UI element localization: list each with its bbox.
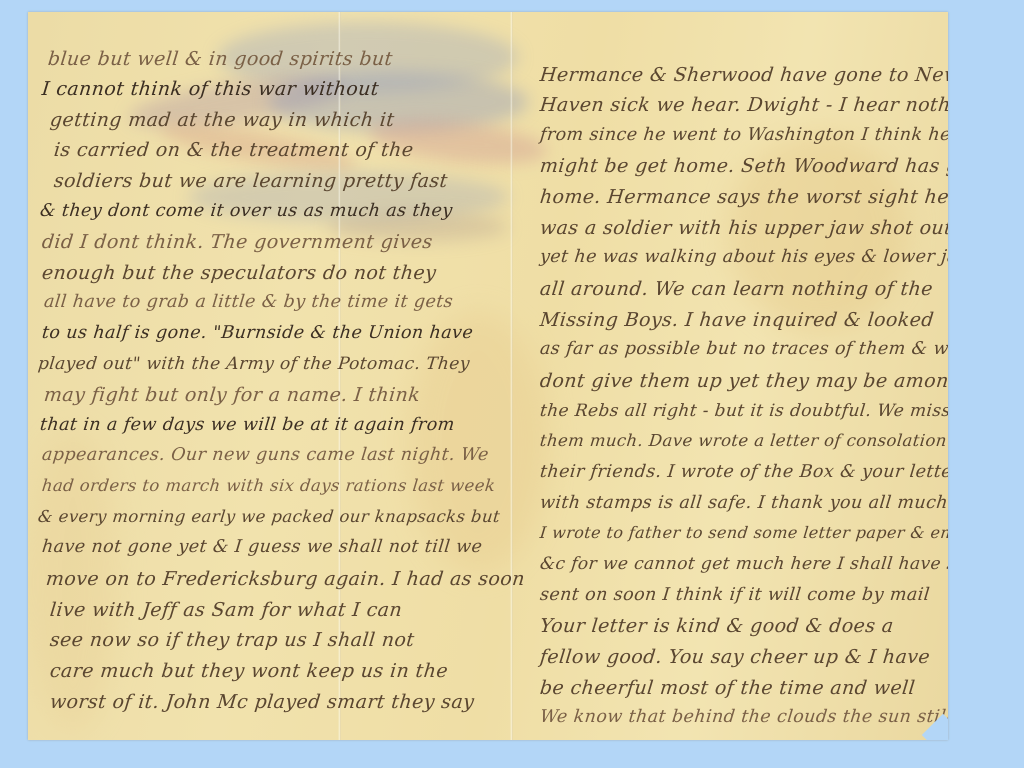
text-line: is carried on & the treatment of the [53, 139, 415, 161]
text-line: care much but they wont keep us in the [49, 660, 449, 682]
text-line: Haven sick we hear. Dwight - I hear noth… [539, 94, 948, 116]
text-line: soldiers but we are learning pretty fast [53, 170, 449, 192]
text-line: might be get home. Seth Woodward has gon… [539, 155, 948, 177]
text-line: as far as possible but no traces of them… [539, 339, 948, 359]
text-line: We know that behind the clouds the sun s… [539, 707, 948, 727]
text-line: the Rebs all right - but it is doubtful.… [539, 401, 948, 421]
text-line: move on to Fredericksburg again. I had a… [45, 568, 526, 590]
text-line: did I dont think. The government gives [41, 231, 434, 253]
text-line: have not gone yet & I guess we shall not… [41, 537, 483, 557]
text-line: was a soldier with his upper jaw shot ou… [539, 217, 948, 239]
text-line: be cheerful most of the time and well [539, 677, 916, 699]
text-line: dont give them up yet they may be among [539, 370, 948, 392]
text-line: & every morning early we packed our knap… [37, 507, 501, 526]
text-line: enough but the speculators do not they [41, 262, 438, 284]
text-line: may fight but only for a name. I think [43, 384, 422, 406]
text-line: worst of it. John Mc played smart they s… [49, 691, 476, 713]
text-line: & they dont come it over us as much as t… [39, 201, 454, 221]
text-line: see now so if they trap us I shall not [49, 629, 416, 651]
text-line: appearances. Our new guns came last nigh… [41, 445, 490, 465]
text-line: blue but well & in good spirits but [47, 48, 394, 70]
scan-viewer: blue but well & in good spirits but I ca… [0, 0, 1024, 768]
text-line: home. Hermance says the worst sight he s… [539, 186, 948, 208]
paper-stain [408, 312, 548, 572]
text-line: Missing Boys. I have inquired & looked [539, 309, 935, 331]
text-line: sent on soon I think if it will come by … [539, 585, 931, 605]
text-line: from since he went to Washington I think… [539, 125, 948, 145]
text-line: that in a few days we will be at it agai… [39, 415, 456, 435]
center-fold [510, 12, 513, 740]
letter-sheet: blue but well & in good spirits but I ca… [28, 12, 948, 740]
text-line: Your letter is kind & good & does a [539, 615, 895, 637]
text-line: them much. Dave wrote a letter of consol… [539, 431, 948, 450]
text-line: all have to grab a little & by the time … [43, 292, 454, 312]
text-line: to us half is gone. "Burnside & the Unio… [41, 323, 474, 343]
text-line: Hermance & Sherwood have gone to New [539, 64, 948, 86]
text-line: all around. We can learn nothing of the [539, 278, 934, 300]
text-line: played out" with the Army of the Potomac… [37, 354, 471, 374]
text-line: their friends. I wrote of the Box & your… [539, 462, 948, 482]
text-line: &c for we cannot get much here I shall h… [539, 554, 948, 574]
text-line: had orders to march with six days ration… [41, 476, 496, 495]
text-line: yet he was walking about his eyes & lowe… [539, 247, 948, 267]
text-line: live with Jeff as Sam for what I can [49, 599, 403, 621]
text-line: I cannot think of this war without [41, 78, 380, 100]
text-line: with stamps is all safe. I thank you all… [539, 493, 948, 513]
text-line: I wrote to father to send some letter pa… [539, 523, 948, 542]
text-line: fellow good. You say cheer up & I have [539, 646, 931, 668]
text-line: getting mad at the way in which it [49, 109, 396, 131]
